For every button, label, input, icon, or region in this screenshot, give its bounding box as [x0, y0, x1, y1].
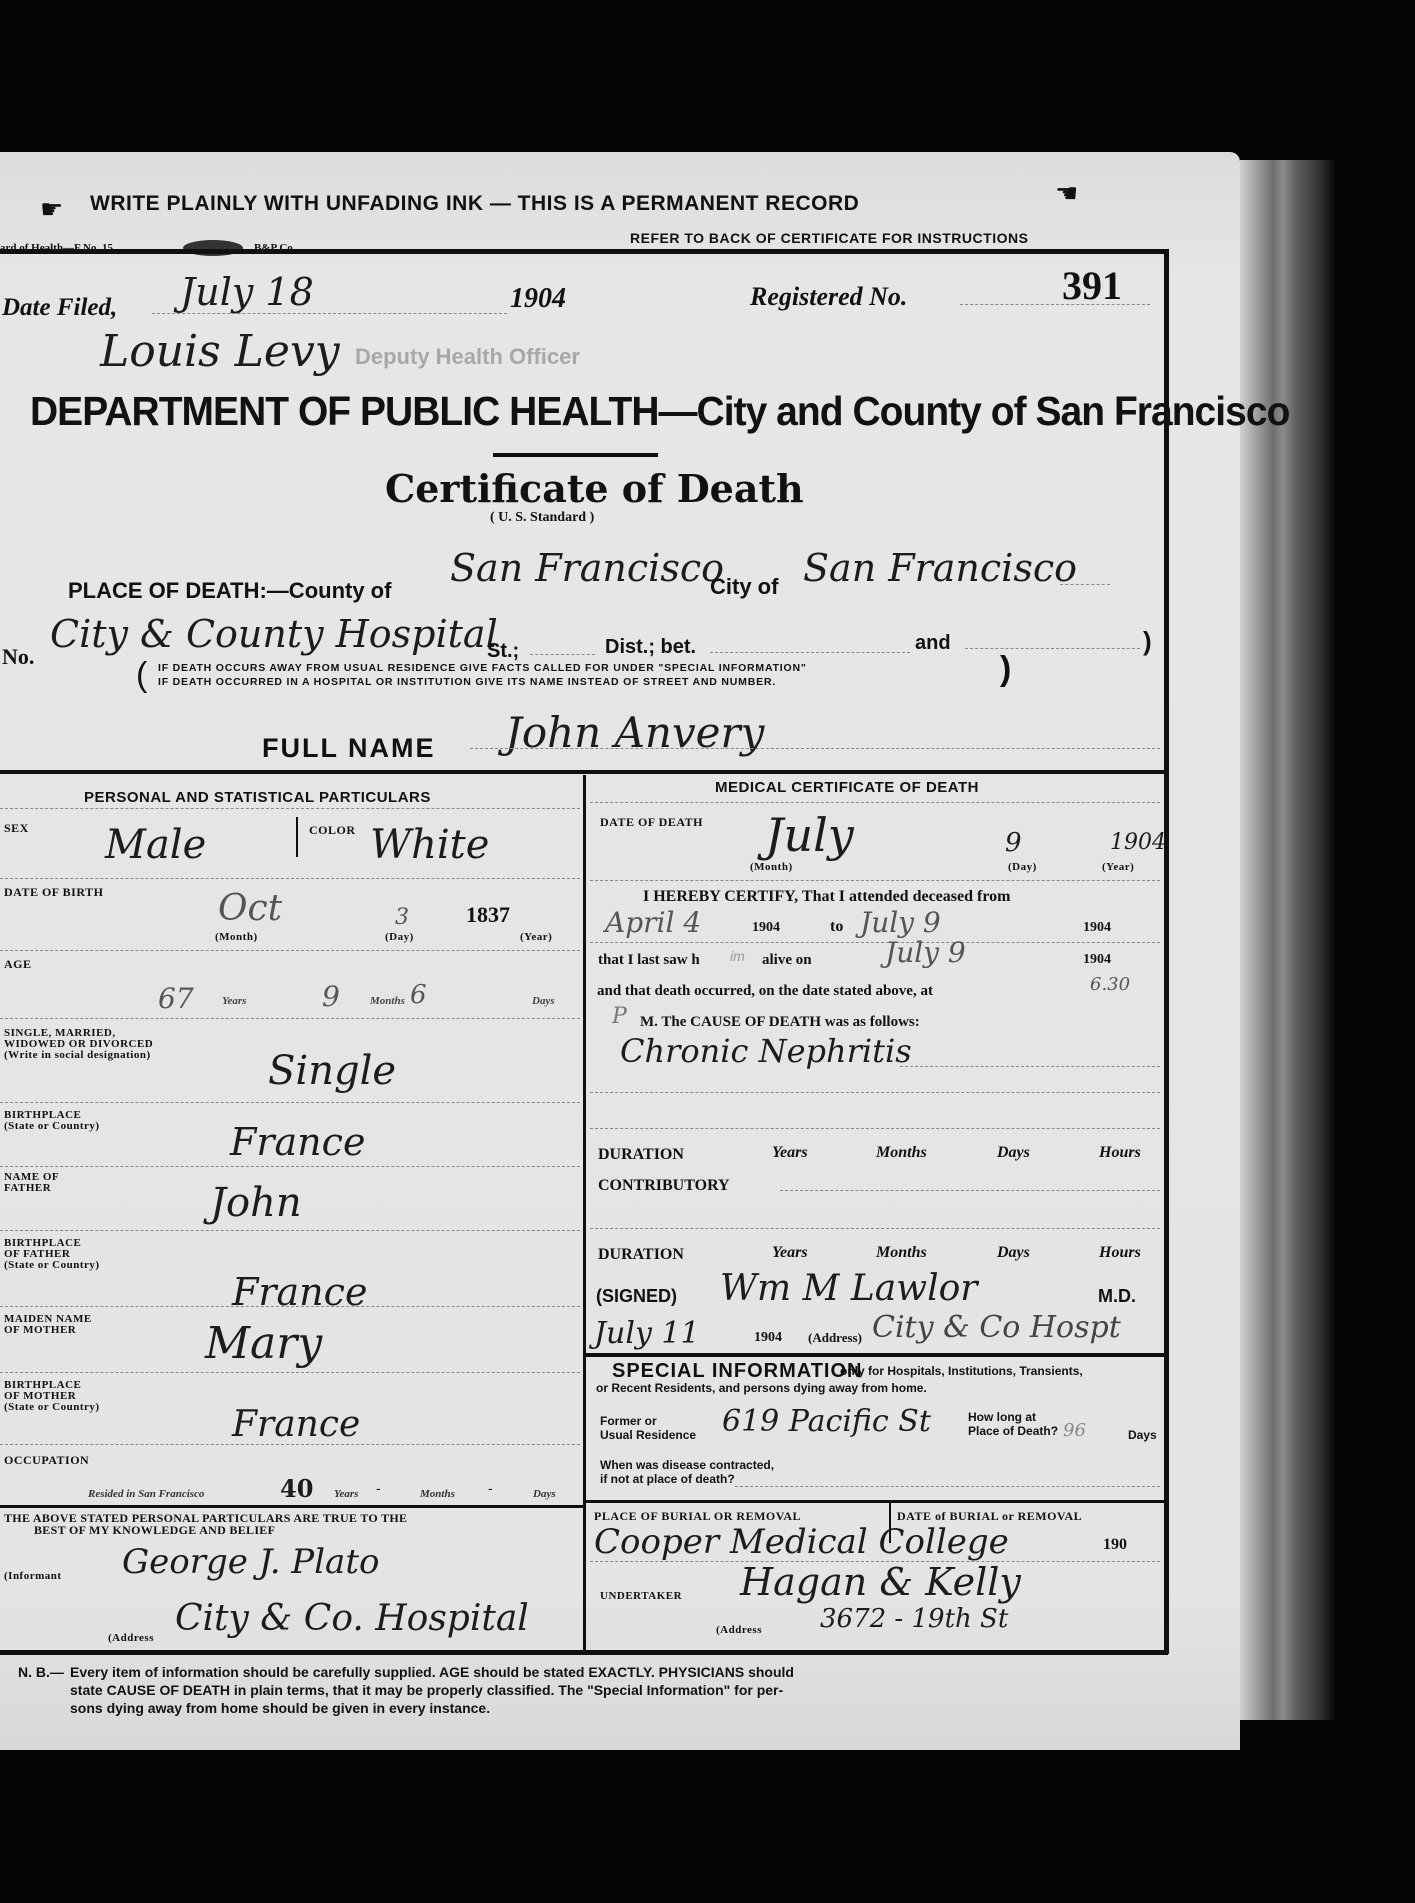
- personal-heading-line: [0, 808, 580, 809]
- duration-years-2: Years: [772, 1244, 808, 1262]
- age-days-caption: Days: [532, 995, 555, 1007]
- dob-month-caption: (Month): [215, 931, 258, 943]
- age-years: 67: [158, 982, 194, 1015]
- death-meridiem: P: [612, 1004, 627, 1029]
- death-time: 6.30: [1090, 974, 1130, 995]
- mother-birthplace-value: France: [232, 1404, 360, 1445]
- dod-month: July: [765, 808, 854, 862]
- closing-paren: ): [1143, 626, 1152, 657]
- sex-color-divider: [296, 817, 298, 857]
- dob-year: 1837: [466, 902, 510, 928]
- cause-line-3: [590, 1128, 1160, 1129]
- father-birthplace-value: France: [232, 1270, 367, 1314]
- column-divider: [583, 775, 586, 1655]
- burial-date-year: 190: [1103, 1536, 1127, 1554]
- burial-date-label: DATE of BURIAL or REMOVAL: [897, 1510, 1082, 1522]
- officer-title-stamp: Deputy Health Officer: [355, 344, 580, 370]
- resided-months: -: [376, 1480, 381, 1496]
- alive-on-label: alive on: [762, 952, 812, 969]
- full-name-value: John Anvery: [505, 708, 764, 757]
- how-long-label-1: How long at: [968, 1410, 1036, 1424]
- place-note-line-2: IF DEATH OCCURRED IN A HOSPITAL OR INSTI…: [158, 676, 776, 688]
- nb-label: N. B.—: [18, 1664, 64, 1680]
- dod-row-line: [590, 880, 1160, 881]
- contracted-label-2: if not at place of death?: [600, 1472, 735, 1486]
- informant-divider: [0, 1505, 583, 1508]
- pointing-hand-icon-right: ☚: [1055, 180, 1078, 206]
- dob-day: 3: [395, 905, 409, 930]
- age-years-caption: Years: [222, 995, 246, 1007]
- district-line: [710, 652, 910, 653]
- resided-years-caption: Years: [334, 1488, 358, 1500]
- contributory-line-2: [590, 1228, 1160, 1229]
- usual-residence: 619 Pacific St: [722, 1404, 931, 1439]
- city-label: City of: [710, 574, 778, 600]
- instructions-note: REFER TO BACK OF CERTIFICATE FOR INSTRUC…: [630, 230, 1028, 246]
- contributory-line: [780, 1190, 1160, 1191]
- mother-label-2: OF MOTHER: [4, 1325, 76, 1336]
- duration-label-2: DURATION: [598, 1246, 684, 1264]
- attended-from: April 4: [605, 906, 701, 939]
- age-row-line: [0, 1018, 580, 1019]
- cause-of-death: Chronic Nephritis: [620, 1032, 912, 1070]
- duration-hours-2: Hours: [1099, 1244, 1141, 1262]
- special-heading: SPECIAL INFORMATION: [612, 1360, 862, 1383]
- dod-year: 1904: [1110, 830, 1166, 855]
- residence-label-1: Former or: [600, 1414, 657, 1428]
- street-line: [530, 654, 595, 655]
- dod-day: 9: [1005, 828, 1022, 858]
- undertaker-label: UNDERTAKER: [600, 1590, 682, 1602]
- mother-bp-label-3: (State or Country): [4, 1402, 100, 1413]
- certificate-subtitle: ( U. S. Standard ): [490, 510, 594, 526]
- signed-year: 1904: [754, 1330, 782, 1346]
- registered-number: 391: [1062, 262, 1122, 309]
- marital-row-line: [0, 1102, 580, 1103]
- last-saw-date: July 9: [885, 936, 966, 969]
- contributory-label: CONTRIBUTORY: [598, 1177, 730, 1195]
- number-label: No.: [2, 644, 34, 670]
- and-line: [965, 648, 1140, 649]
- certificate-title: Certificate of Death: [385, 466, 804, 511]
- residence-label-2: Usual Residence: [600, 1428, 696, 1442]
- duration-hours-1: Hours: [1099, 1144, 1141, 1162]
- place-of-death-label: PLACE OF DEATH:—County of: [68, 578, 391, 604]
- duration-years-1: Years: [772, 1144, 808, 1162]
- section-divider-top: [0, 770, 1166, 774]
- sex-label: SEX: [4, 822, 29, 834]
- father-row-line: [0, 1230, 580, 1231]
- age-label: AGE: [4, 958, 32, 970]
- full-name-line: [470, 748, 1160, 749]
- certify-text: I HEREBY CERTIFY, That I attended deceas…: [643, 888, 1010, 906]
- dob-day-caption: (Day): [385, 931, 414, 943]
- pointing-hand-icon-left: ☛: [40, 196, 63, 222]
- father-label-2: FATHER: [4, 1183, 51, 1194]
- physician-signature: Wm M Lawlor: [720, 1268, 977, 1309]
- marital-value: Single: [268, 1048, 396, 1094]
- informant-statement-2: BEST OF MY KNOWLEDGE AND BELIEF: [34, 1524, 275, 1536]
- dod-day-caption: (Day): [1008, 861, 1037, 873]
- resided-months-caption: Months: [420, 1488, 455, 1500]
- county-value: San Francisco: [450, 546, 724, 590]
- duration-label-1: DURATION: [598, 1146, 684, 1164]
- resided-days: -: [488, 1480, 493, 1496]
- father-bp-row-line: [0, 1306, 580, 1307]
- undertaker-address: 3672 - 19th St: [820, 1604, 1008, 1634]
- mother-bp-row-line: [0, 1444, 580, 1445]
- undertaker-name: Hagan & Kelly: [740, 1560, 1021, 1604]
- father-bp-label-3: (State or Country): [4, 1260, 100, 1271]
- dod-label: DATE OF DEATH: [600, 816, 703, 828]
- medical-heading-line: [590, 802, 1160, 803]
- city-line: [1060, 584, 1110, 585]
- duration-months-1: Months: [876, 1144, 927, 1162]
- informant-address: City & Co. Hospital: [175, 1598, 529, 1639]
- color-label: COLOR: [309, 824, 356, 836]
- frame-top-border: [0, 249, 1168, 254]
- birthplace-value: France: [230, 1120, 365, 1164]
- date-filed-label: Date Filed,: [2, 294, 117, 322]
- special-heading-note-1: only for Hospitals, Institutions, Transi…: [840, 1364, 1083, 1378]
- city-value: San Francisco: [803, 546, 1077, 590]
- title-separator: [493, 453, 658, 457]
- resided-days-caption: Days: [533, 1488, 556, 1500]
- note-paren-close: ): [1000, 650, 1011, 689]
- registered-number-label: Registered No.: [750, 282, 907, 312]
- mother-row-line: [0, 1372, 580, 1373]
- dod-year-caption: (Year): [1102, 861, 1134, 873]
- date-filed-year: 1904: [510, 283, 566, 315]
- burial-divider: [586, 1500, 1166, 1503]
- attended-to-year: 1904: [1083, 920, 1111, 936]
- how-long-value: 96: [1063, 1420, 1086, 1441]
- contracted-line: [735, 1486, 1160, 1487]
- officer-signature: Louis Levy: [100, 326, 340, 377]
- mother-name-value: Mary: [205, 1318, 322, 1369]
- birthplace-label-2: (State or Country): [4, 1121, 100, 1132]
- date-filed-value: July 18: [180, 270, 314, 314]
- signed-label: (SIGNED): [596, 1286, 677, 1307]
- age-months-caption: Months: [370, 995, 405, 1007]
- dob-month: Oct: [218, 888, 282, 929]
- location-value: City & County Hospital: [50, 612, 498, 656]
- informant-name: George J. Plato: [122, 1542, 379, 1582]
- to-label: to: [830, 918, 843, 936]
- cause-label: M. The CAUSE OF DEATH was as follows:: [640, 1014, 920, 1031]
- duration-days-2: Days: [997, 1244, 1030, 1262]
- personal-heading: PERSONAL AND STATISTICAL PARTICULARS: [84, 789, 431, 806]
- birthplace-row-line: [0, 1166, 580, 1167]
- last-saw-pronoun: im: [730, 948, 745, 964]
- place-note-line-1: IF DEATH OCCURS AWAY FROM USUAL RESIDENC…: [158, 662, 807, 674]
- informant-address-label: (Address: [108, 1632, 154, 1644]
- medical-heading: MEDICAL CERTIFICATE OF DEATH: [715, 779, 979, 796]
- cause-line-2: [590, 1092, 1160, 1093]
- cause-line: [900, 1066, 1160, 1067]
- frame-right-border: [1164, 249, 1169, 1654]
- dod-month-caption: (Month): [750, 861, 793, 873]
- date-filed-line: [152, 313, 507, 314]
- special-heading-note-2: or Recent Residents, and persons dying a…: [596, 1381, 927, 1395]
- md-label: M.D.: [1098, 1286, 1136, 1307]
- last-saw-label: that I last saw h: [598, 952, 700, 969]
- physician-address-label: (Address): [808, 1330, 862, 1346]
- dob-label: DATE OF BIRTH: [4, 886, 103, 898]
- age-days: 6: [410, 980, 427, 1010]
- special-divider: [586, 1353, 1166, 1357]
- attended-from-year: 1904: [752, 920, 780, 936]
- duration-months-2: Months: [876, 1244, 927, 1262]
- sex-row-line: [0, 878, 580, 879]
- duration-days-1: Days: [997, 1144, 1030, 1162]
- street-label: St.;: [487, 640, 519, 663]
- full-name-label: FULL NAME: [262, 733, 436, 764]
- contracted-label-1: When was disease contracted,: [600, 1458, 774, 1472]
- top-notice: WRITE PLAINLY WITH UNFADING INK — THIS I…: [90, 192, 859, 216]
- age-months: 9: [322, 980, 340, 1013]
- last-saw-year: 1904: [1083, 952, 1111, 968]
- attended-to: July 9: [860, 906, 941, 939]
- undertaker-address-label: (Address: [716, 1624, 762, 1636]
- district-label: Dist.; bet.: [605, 636, 696, 659]
- sex-value: Male: [105, 822, 206, 868]
- how-long-days: Days: [1128, 1428, 1157, 1442]
- color-value: White: [370, 822, 489, 868]
- marital-label-3: (Write in social designation): [4, 1050, 151, 1061]
- occupation-label: OCCUPATION: [4, 1454, 89, 1466]
- father-name-value: John: [210, 1180, 302, 1226]
- physician-address: City & Co Hospt: [872, 1310, 1121, 1345]
- nb-line-1: Every item of information should be care…: [70, 1664, 794, 1680]
- dob-year-caption: (Year): [520, 931, 552, 943]
- and-label: and: [915, 632, 951, 655]
- burial-place: Cooper Medical College: [594, 1522, 1009, 1562]
- frame-bottom-border: [0, 1650, 1168, 1655]
- resided-years: 40: [280, 1474, 313, 1503]
- dob-row-line: [0, 950, 580, 951]
- signed-date: July 11: [594, 1316, 700, 1351]
- resided-label: Resided in San Francisco: [88, 1488, 204, 1500]
- how-long-label-2: Place of Death?: [968, 1424, 1058, 1438]
- nb-line-3: sons dying away from home should be give…: [70, 1700, 490, 1716]
- nb-line-2: state CAUSE OF DEATH in plain terms, tha…: [70, 1682, 783, 1698]
- attended-row-line: [590, 942, 1160, 943]
- occurred-text: and that death occurred, on the date sta…: [597, 983, 933, 1000]
- informant-label: (Informant: [4, 1570, 62, 1582]
- note-paren-open: (: [136, 656, 147, 695]
- burial-place-label: PLACE OF BURIAL OR REMOVAL: [594, 1510, 801, 1522]
- department-heading: DEPARTMENT OF PUBLIC HEALTH—City and Cou…: [30, 388, 1289, 435]
